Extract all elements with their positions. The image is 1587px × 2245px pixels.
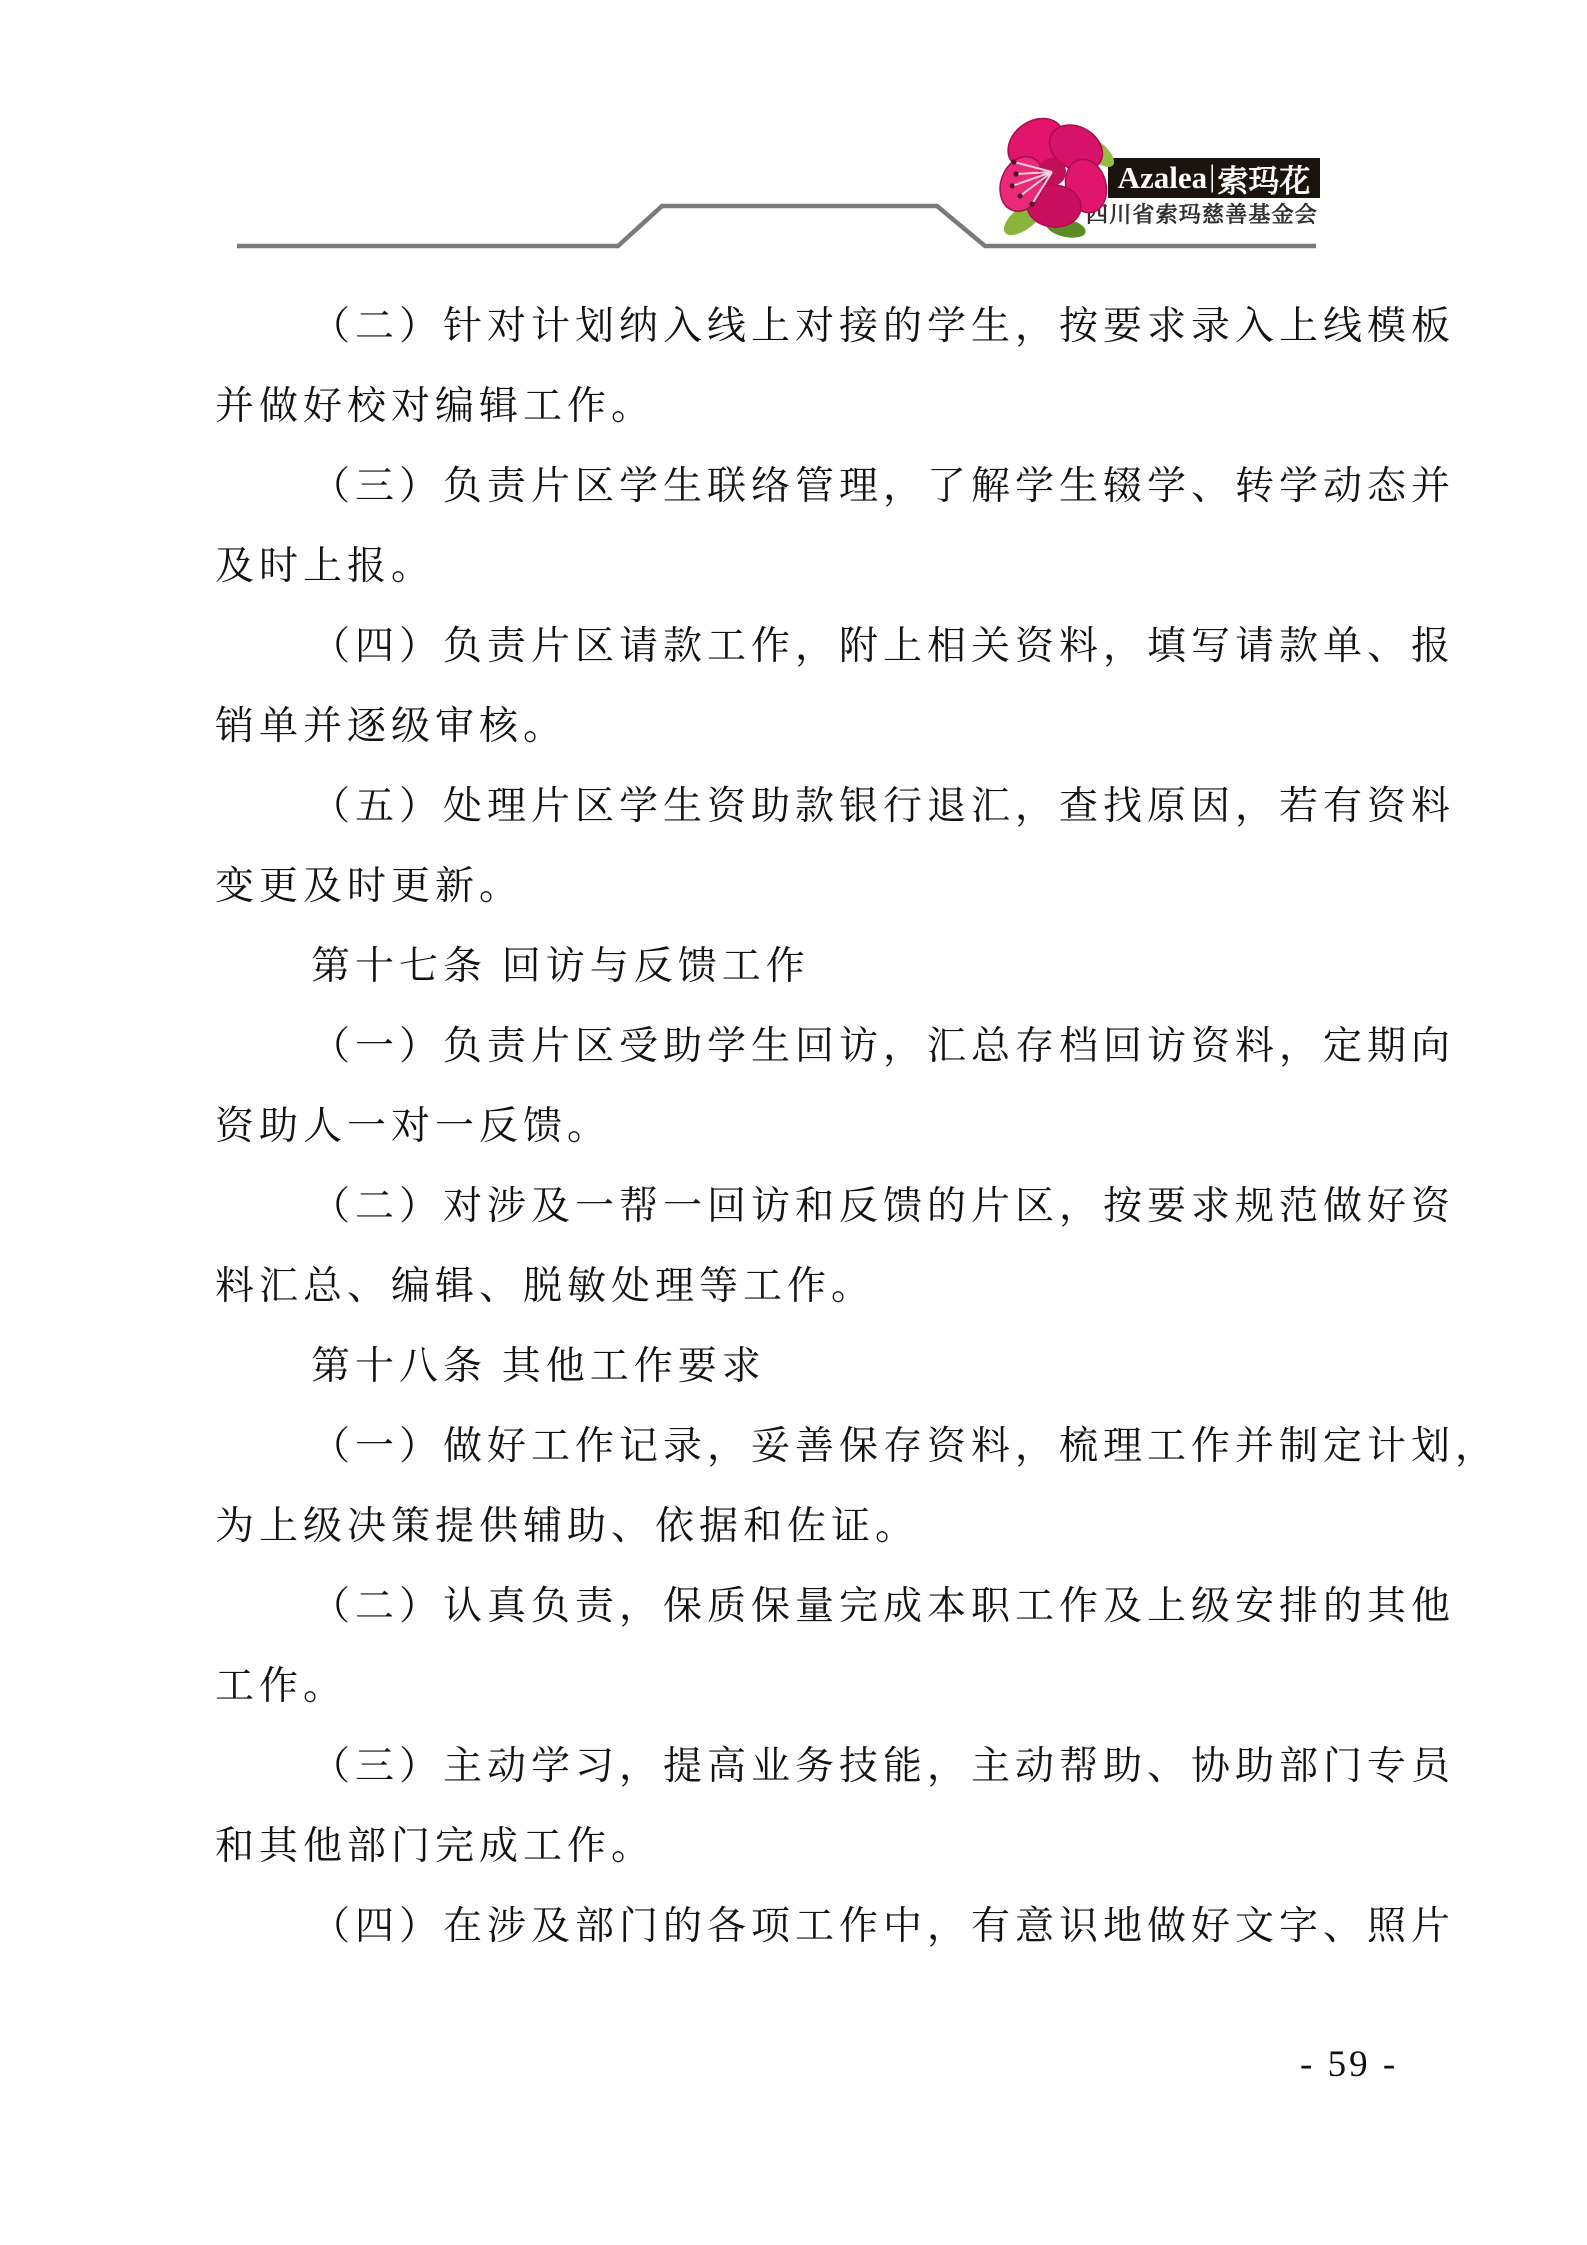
logo-name-cn: 索玛花: [1217, 156, 1310, 201]
document-page: Azalea|索玛花 四川省索玛慈善基金会 （二）针对计划纳入线上对接的学生，按…: [0, 0, 1587, 2245]
page-number: - 59 -: [1300, 2043, 1398, 2086]
logo-bar: Azalea|索玛花: [1108, 158, 1320, 198]
azalea-flower-icon: [994, 108, 1124, 244]
header-divider-line: [0, 0, 1587, 270]
document-paragraph: （二）对涉及一帮一回访和反馈的片区，按要求规范做好资料汇总、编辑、脱敏处理等工作…: [215, 1167, 1460, 1327]
text-line: 销单并逐级审核。: [215, 687, 1460, 767]
logo-separator: |: [1207, 158, 1217, 194]
text-line: （二）针对计划纳入线上对接的学生，按要求录入上线模板: [215, 287, 1460, 367]
text-line: （三）主动学习，提高业务技能，主动帮助、协助部门专员: [215, 1727, 1460, 1807]
text-line: 及时上报。: [215, 527, 1460, 607]
text-line: 料汇总、编辑、脱敏处理等工作。: [215, 1247, 1460, 1327]
document-body: （二）针对计划纳入线上对接的学生，按要求录入上线模板并做好校对编辑工作。（三）负…: [215, 287, 1460, 1967]
text-line: （五）处理片区学生资助款银行退汇，查找原因，若有资料: [215, 767, 1460, 847]
document-paragraph: （四）在涉及部门的各项工作中，有意识地做好文字、照片: [215, 1887, 1460, 1967]
text-line: （三）负责片区学生联络管理，了解学生辍学、转学动态并: [215, 447, 1460, 527]
text-line: （四）在涉及部门的各项工作中，有意识地做好文字、照片: [215, 1887, 1460, 1967]
document-paragraph: （二）针对计划纳入线上对接的学生，按要求录入上线模板并做好校对编辑工作。: [215, 287, 1460, 447]
text-line: 第十八条 其他工作要求: [215, 1327, 1460, 1407]
document-paragraph: 第十七条 回访与反馈工作: [215, 927, 1460, 1007]
text-line: 第十七条 回访与反馈工作: [215, 927, 1460, 1007]
text-line: （一）负责片区受助学生回访，汇总存档回访资料，定期向: [215, 1007, 1460, 1087]
document-paragraph: （三）负责片区学生联络管理，了解学生辍学、转学动态并及时上报。: [215, 447, 1460, 607]
document-paragraph: （四）负责片区请款工作，附上相关资料，填写请款单、报销单并逐级审核。: [215, 607, 1460, 767]
document-paragraph: （五）处理片区学生资助款银行退汇，查找原因，若有资料变更及时更新。: [215, 767, 1460, 927]
text-line: （一）做好工作记录，妥善保存资料，梳理工作并制定计划，: [215, 1407, 1460, 1487]
text-line: （二）认真负责，保质保量完成本职工作及上级安排的其他: [215, 1567, 1460, 1647]
text-line: （四）负责片区请款工作，附上相关资料，填写请款单、报: [215, 607, 1460, 687]
text-line: 资助人一对一反馈。: [215, 1087, 1460, 1167]
text-line: 工作。: [215, 1647, 1460, 1727]
document-paragraph: （一）做好工作记录，妥善保存资料，梳理工作并制定计划，为上级决策提供辅助、依据和…: [215, 1407, 1460, 1567]
document-paragraph: （一）负责片区受助学生回访，汇总存档回访资料，定期向资助人一对一反馈。: [215, 1007, 1460, 1167]
document-paragraph: 第十八条 其他工作要求: [215, 1327, 1460, 1407]
text-line: 变更及时更新。: [215, 847, 1460, 927]
text-line: 并做好校对编辑工作。: [215, 367, 1460, 447]
document-paragraph: （三）主动学习，提高业务技能，主动帮助、协助部门专员和其他部门完成工作。: [215, 1727, 1460, 1887]
text-line: （二）对涉及一帮一回访和反馈的片区，按要求规范做好资: [215, 1167, 1460, 1247]
document-paragraph: （二）认真负责，保质保量完成本职工作及上级安排的其他工作。: [215, 1567, 1460, 1727]
text-line: 为上级决策提供辅助、依据和佐证。: [215, 1487, 1460, 1567]
logo-name-en: Azalea: [1118, 160, 1208, 196]
text-line: 和其他部门完成工作。: [215, 1807, 1460, 1887]
